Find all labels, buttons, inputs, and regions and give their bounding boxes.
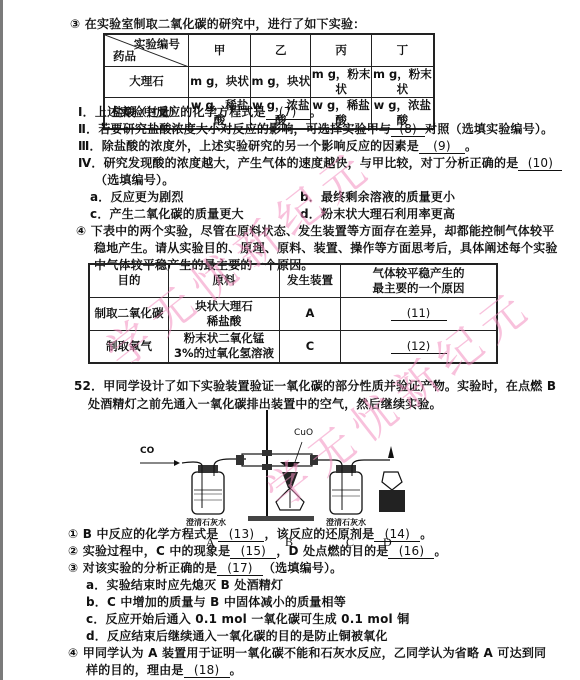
column-header: 甲 (188, 34, 250, 66)
item-text: 若要研究盐酸浓度大小对反应的影响，可选择实验甲与 (98, 122, 391, 136)
row-reason: (11) (341, 297, 498, 330)
item-number: Ⅰ． (78, 105, 95, 119)
item-number: Ⅲ． (78, 139, 102, 153)
q52-option-b: b．C 中增加的质量与 B 中固体减小的质量相等 (86, 594, 346, 610)
option-key: c． (86, 612, 106, 626)
item-text: 上述实验中反应的化学方程式是 (95, 105, 266, 119)
option-text: 实验结束时应先熄灭 B 处酒精灯 (107, 578, 284, 592)
table-row: 制取二氧化碳 块状大理石稀盐酸 A (11) (89, 297, 497, 330)
question-item-8: Ⅱ．若要研究盐酸浓度大小对反应的影响，可选择实验甲与(8)对照（选填实验编号）。 (78, 121, 553, 137)
table-cell: m g，粉末状 (371, 66, 434, 97)
material-line: 稀盐酸 (169, 314, 279, 329)
sub-punct: 。 (420, 527, 432, 541)
sub-punct: 。 (230, 663, 242, 677)
column-header: 丙 (311, 34, 371, 66)
item-number: Ⅳ． (78, 156, 104, 170)
answer-blank-7[interactable]: (7) (266, 106, 310, 120)
q52-option-d: d．反应结束后继续通入一氧化碳的目的是防止铜被氧化 (86, 628, 388, 644)
question-item-10: Ⅳ．研究发现酸的浓度越大，产生气体的速度越快，与甲比较，对丁分析正确的是(10) (78, 155, 562, 171)
material-line: 3%的过氧化氢溶液 (169, 346, 279, 361)
question-item-7: Ⅰ．上述实验中反应的化学方程式是(7)。 (78, 104, 322, 120)
option-key: d． (300, 207, 321, 221)
q52-option-c: c．反应开始后通入 0.1 mol 一氧化碳可生成 0.1 mol 铜 (86, 611, 409, 627)
sub-punct: 。 (434, 544, 446, 558)
item-punct: 。 (465, 139, 477, 153)
option-key: d． (86, 629, 107, 643)
co-label: CO (140, 446, 154, 456)
q51-part4-line2: 稳地产生。请从实验目的、原理、原料、装置、操作等方面思考后，具体阐述每个实验 (94, 240, 558, 256)
option-key: a． (90, 190, 111, 204)
item-text: 研究发现酸的浓度越大，产生气体的速度越快，与甲比较，对丁分析正确的是 (104, 156, 519, 170)
answer-blank-17[interactable]: (17) (217, 562, 263, 576)
answer-blank-18[interactable]: (18) (184, 664, 230, 678)
material-line: 粉末状二氧化锰 (169, 331, 279, 346)
corner-top-label: 实验编号 (134, 37, 180, 52)
row-device: C (280, 330, 341, 363)
q52-line1: 52．甲同学设计了如下实验装置验证一氧化碳的部分性质并验证产物。实验时，在点燃 … (74, 378, 556, 394)
experiment-apparatus-diagram: CO CuO 澄清石灰水 澄清石灰水 (130, 410, 420, 530)
q52-sub3: ③ 对该实验的分析正确的是(17)（选填编号）。 (68, 560, 342, 576)
option-key: c． (90, 207, 110, 221)
option-text: C 中增加的质量与 B 中固体减小的质量相等 (107, 595, 346, 609)
row-device: A (280, 297, 341, 330)
option-d: d．粉末状大理石利用率更高 (300, 206, 455, 222)
table-row: 大理石 m g，块状 m g，块状 m g，粉末状 m g，粉末状 (104, 66, 434, 97)
sub-text: ，D 处点燃的目的是 (276, 544, 388, 558)
option-text: 粉末状大理石利用率更高 (321, 207, 455, 221)
row-label: 大理石 (104, 66, 188, 97)
q52-sub4-line1: ④ 甲同学认为 A 装置用于证明一氧化碳不能和石灰水反应，乙同学认为省略 A 可… (68, 645, 546, 661)
header-reason: 气体较平稳产生的最主要的一个原因 (341, 264, 498, 297)
question-item-9: Ⅲ．除盐酸的浓度外，上述实验研究的另一个影响反应的因素是(9)。 (78, 138, 477, 154)
answer-blank-9[interactable]: (9) (419, 140, 465, 154)
item-text: 对照（选填实验编号）。 (425, 122, 553, 136)
table-row: 制取氧气 粉末状二氧化锰3%的过氧化氢溶液 C (12) (89, 330, 497, 363)
answer-blank-10[interactable]: (10) (518, 157, 562, 171)
sub-text: 对该实验的分析正确的是 (78, 561, 217, 575)
header-device: 发生装置 (280, 264, 341, 297)
corner-bottom-label: 药品 (113, 49, 136, 64)
header-reason-line2: 最主要的一个原因 (341, 281, 496, 296)
column-header: 乙 (251, 34, 311, 66)
row-reason: (12) (341, 330, 498, 363)
option-c: c．产生二氧化碳的质量更大 (90, 206, 244, 222)
q51-part4-line1: ④ 下表中的两个实验，尽管在原料状态、发生装置等方面存在差异，却都能控制气体较平 (76, 223, 554, 239)
gas-production-table: 目的 原料 发生装置 气体较平稳产生的最主要的一个原因 制取二氧化碳 块状大理石… (88, 263, 498, 364)
header-reason-line1: 气体较平稳产生的 (341, 266, 496, 281)
option-key: b． (300, 190, 321, 204)
option-text: 反应开始后通入 0.1 mol 一氧化碳可生成 0.1 mol 铜 (106, 612, 410, 626)
answer-blank-16[interactable]: (16) (388, 545, 434, 559)
table-corner-cell: 实验编号 药品 (104, 34, 188, 66)
sub-text: ，该反应的还原剂是 (264, 527, 374, 541)
header-material: 原料 (169, 264, 280, 297)
answer-blank-14[interactable]: (14) (374, 528, 420, 542)
q52-sub4-line2: 样的目的，理由是(18)。 (86, 662, 242, 678)
option-text: 最终剩余溶液的质量更小 (321, 190, 455, 204)
option-a: a．反应更为剧烈 (90, 189, 184, 205)
sub-text: （选填编号）。 (263, 561, 342, 575)
item-10-continuation: （选填编号）。 (95, 172, 174, 188)
table-cell: m g，粉末状 (311, 66, 371, 97)
table-cell: m g，块状 (251, 66, 311, 97)
cuo-label: CuO (294, 428, 313, 438)
apparatus-drawing (130, 410, 420, 530)
sub-text: B 中反应的化学方程式是 (78, 527, 218, 541)
option-b: b．最终剩余溶液的质量更小 (300, 189, 455, 205)
exam-page: ③ 在实验室制取二氧化碳的研究中，进行了如下实验： 实验编号 药品 甲 乙 丙 … (0, 0, 580, 680)
header-purpose: 目的 (89, 264, 169, 297)
answer-blank-15[interactable]: (15) (230, 545, 276, 559)
answer-blank-12[interactable]: (12) (391, 340, 447, 354)
item-punct: 。 (310, 105, 322, 119)
row-purpose: 制取二氧化碳 (89, 297, 169, 330)
row-material: 块状大理石稀盐酸 (169, 297, 280, 330)
sub-number: ① (68, 527, 78, 541)
answer-blank-11[interactable]: (11) (391, 307, 447, 321)
answer-blank-13[interactable]: (13) (218, 528, 264, 542)
answer-blank-8[interactable]: (8) (391, 123, 425, 137)
row-purpose: 制取氧气 (89, 330, 169, 363)
option-key: a． (86, 578, 107, 592)
sub-number: ② (68, 544, 78, 558)
sub-text: 样的目的，理由是 (86, 663, 184, 677)
item-text: 除盐酸的浓度外，上述实验研究的另一个影响反应的因素是 (102, 139, 419, 153)
option-key: b． (86, 595, 107, 609)
row-material: 粉末状二氧化锰3%的过氧化氢溶液 (169, 330, 280, 363)
option-text: 产生二氧化碳的质量更大 (110, 207, 244, 221)
material-line: 块状大理石 (169, 299, 279, 314)
q51-part3-intro: ③ 在实验室制取二氧化碳的研究中，进行了如下实验： (70, 16, 365, 32)
q52-sub2: ② 实验过程中，C 中的现象是(15)，D 处点燃的目的是(16)。 (68, 543, 447, 559)
column-header: 丁 (371, 34, 434, 66)
sub-text: 实验过程中，C 中的现象是 (78, 544, 230, 558)
option-text: 反应更为剧烈 (111, 190, 184, 204)
q52-sub1: ① B 中反应的化学方程式是(13)，该反应的还原剂是(14)。 (68, 526, 433, 542)
option-text: 反应结束后继续通入一氧化碳的目的是防止铜被氧化 (107, 629, 388, 643)
item-number: Ⅱ． (78, 122, 98, 136)
sub-number: ③ (68, 561, 78, 575)
table-cell: m g，块状 (188, 66, 250, 97)
q52-option-a: a．实验结束时应先熄灭 B 处酒精灯 (86, 577, 283, 593)
